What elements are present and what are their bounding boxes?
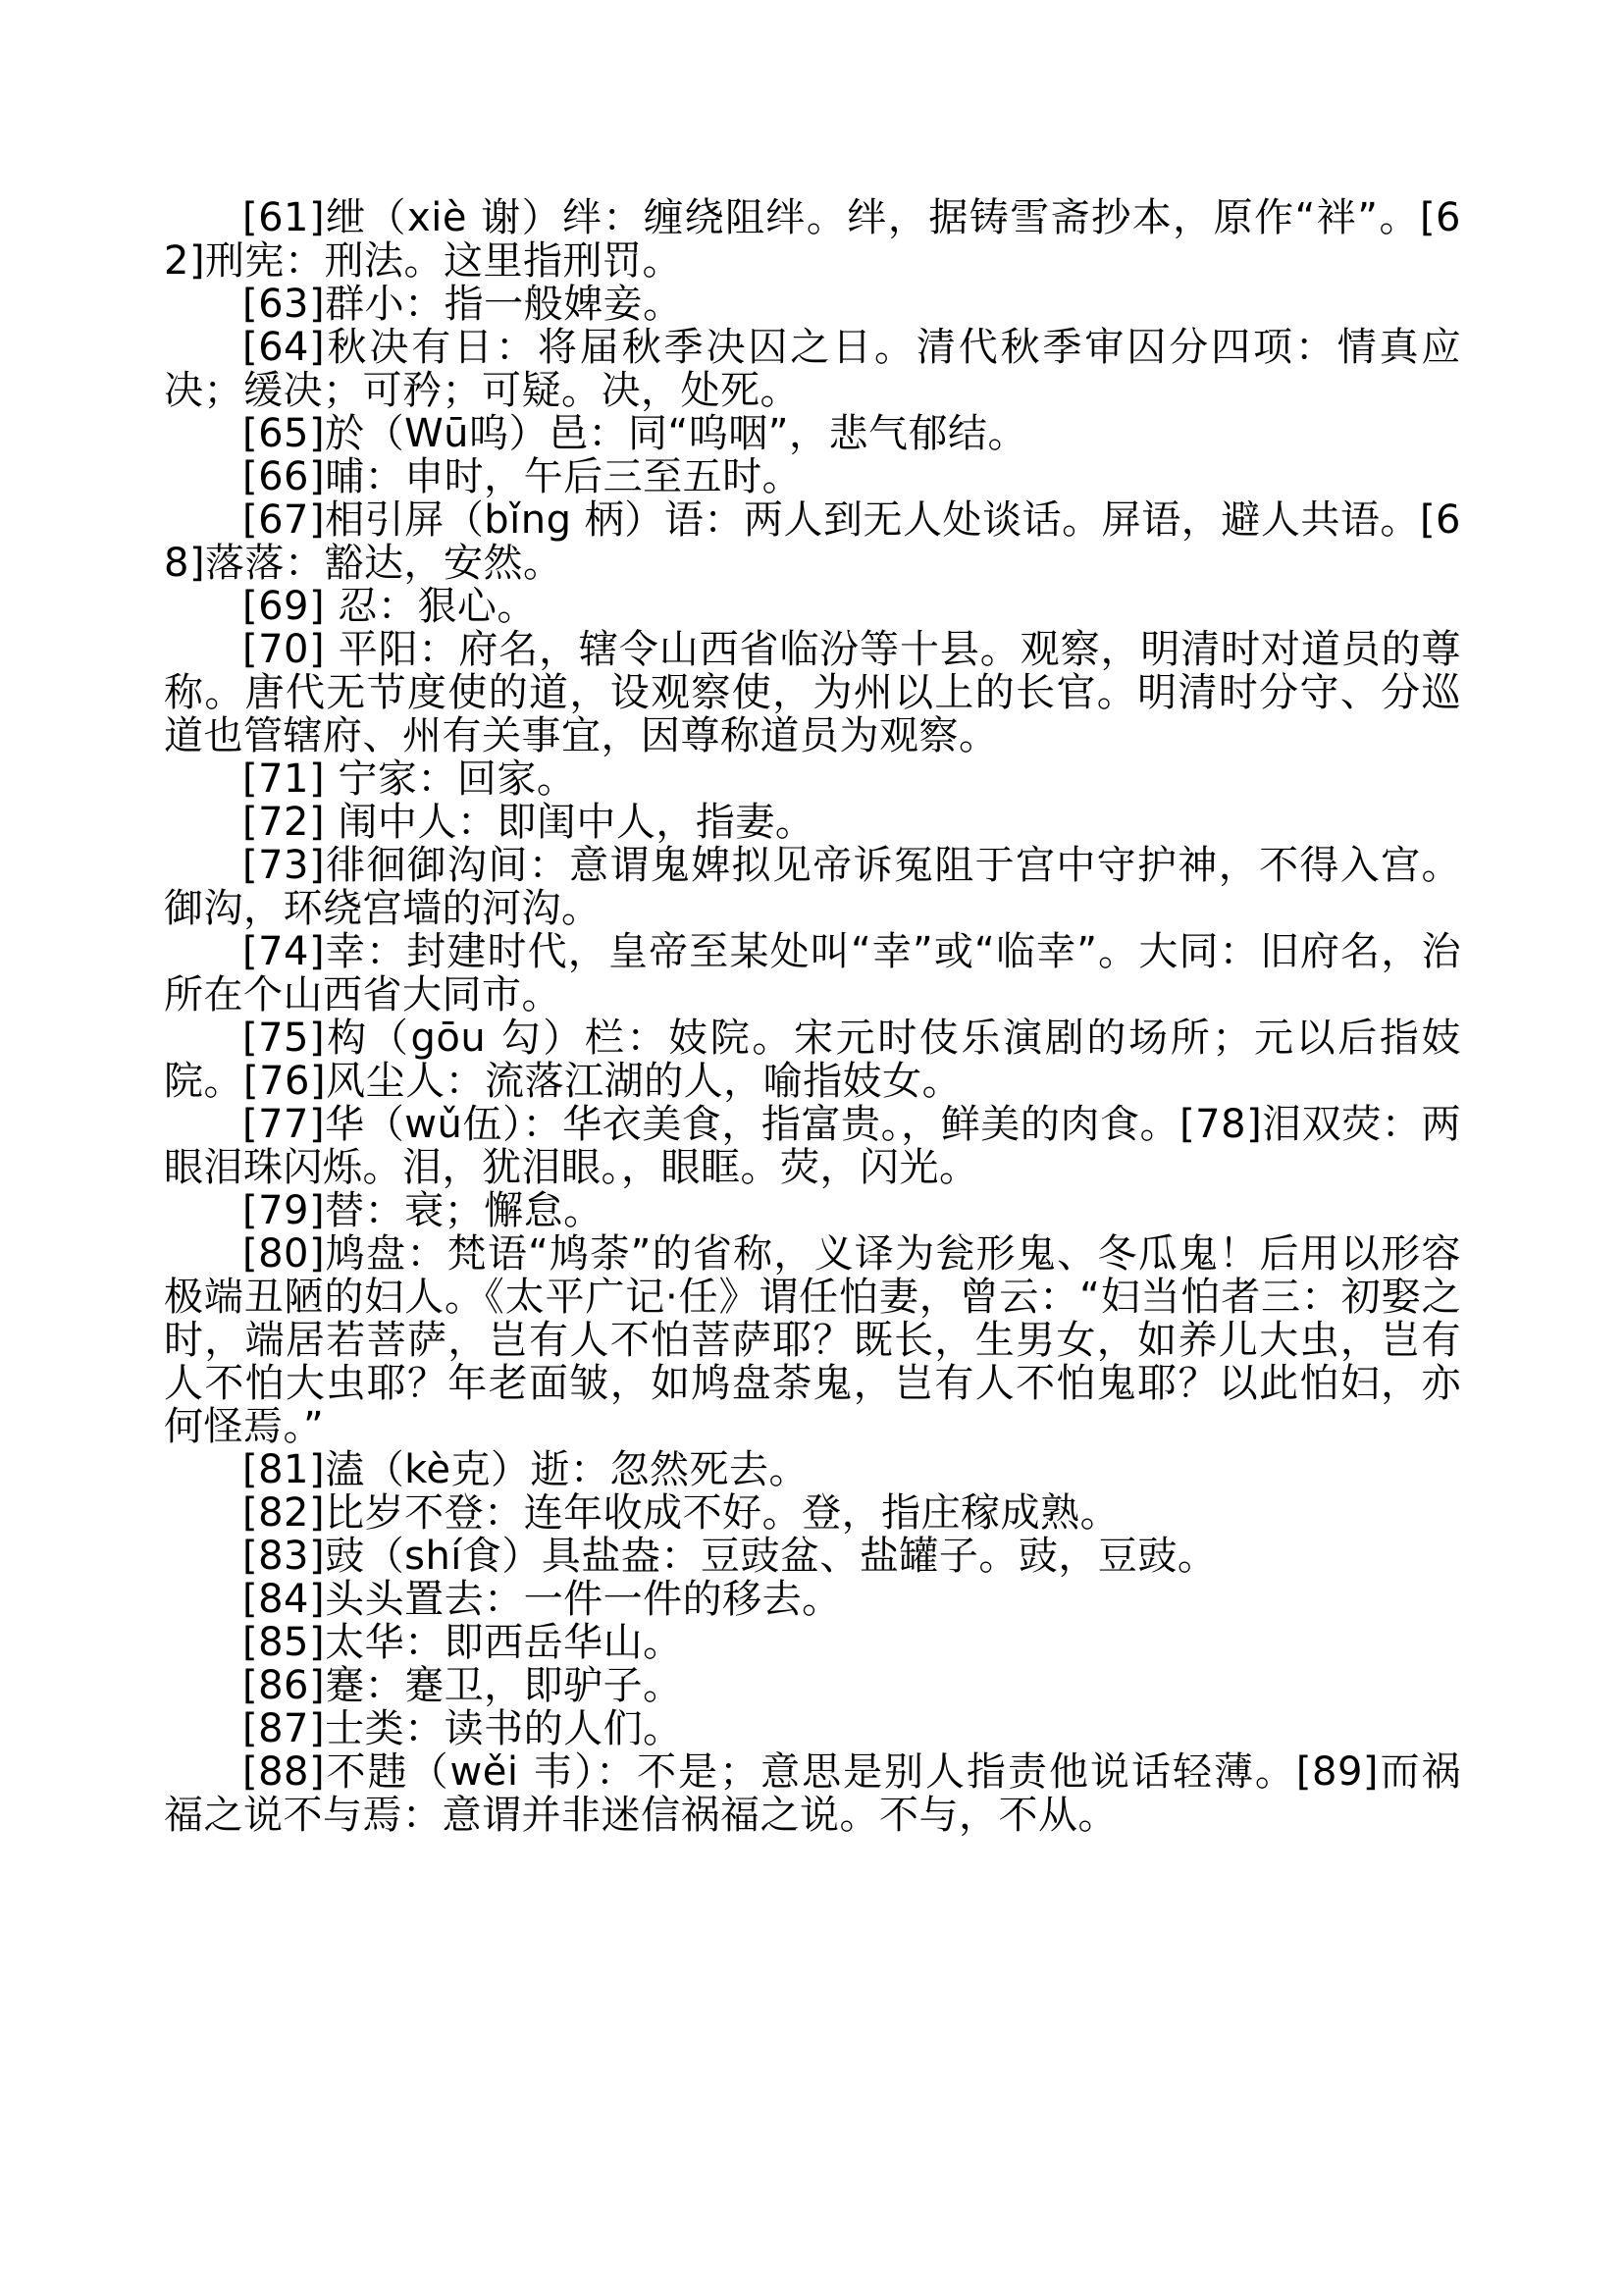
annotation-paragraph: [87]士类：读书的人们。 xyxy=(164,1707,1461,1750)
annotation-paragraph: [64]秋决有日：将届秋季决囚之日。清代秋季审囚分四项：情真应决；缓决；可矜；可… xyxy=(164,326,1461,412)
annotation-paragraph: [75]构（gōu 勾）栏：妓院。宋元时伎乐演剧的场所；元以后指妓院。[76]风… xyxy=(164,1017,1461,1103)
annotation-paragraph: [77]华（wǔ伍）：华衣美食，指富贵。，鲜美的肉食。[78]泪双荧：两眼泪珠闪… xyxy=(164,1103,1461,1189)
annotation-paragraph: [70] 平阳：府名，辖令山西省临汾等十县。观察，明清时对道员的尊称。唐代无节度… xyxy=(164,628,1461,757)
annotation-paragraph: [84]头头置去：一件一件的移去。 xyxy=(164,1578,1461,1621)
annotation-paragraph: [61]绁（xiè 谢）绊：缠绕阻绊。绊，据铸雪斋抄本，原作“袢”。[62]刑宪… xyxy=(164,196,1461,283)
annotation-paragraph: [73]徘徊御沟间：意谓鬼婢拟见帝诉冤阻于宫中守护神，不得入宫。御沟，环绕宫墙的… xyxy=(164,844,1461,930)
annotation-paragraph: [83]豉（shí食）具盐盎：豆豉盆、盐罐子。豉，豆豉。 xyxy=(164,1535,1461,1578)
annotation-paragraph: [88]不韪（wěi 韦）：不是；意思是别人指责他说话轻薄。[89]而祸福之说不… xyxy=(164,1750,1461,1837)
annotation-paragraph: [79]替：衰；懈怠。 xyxy=(164,1189,1461,1232)
annotation-paragraph: [82]比岁不登：连年收成不好。登，指庄稼成熟。 xyxy=(164,1491,1461,1535)
annotation-paragraph: [86]蹇：蹇卫，即驴子。 xyxy=(164,1664,1461,1707)
annotation-paragraph: [69] 忍：狠心。 xyxy=(164,585,1461,628)
annotation-paragraph: [74]幸：封建时代，皇帝至某处叫“幸”或“临幸”。大同：旧府名，治所在个山西省… xyxy=(164,930,1461,1017)
annotations-text-block: [61]绁（xiè 谢）绊：缠绕阻绊。绊，据铸雪斋抄本，原作“袢”。[62]刑宪… xyxy=(164,196,1461,1837)
annotation-paragraph: [71] 宁家：回家。 xyxy=(164,757,1461,801)
document-page: [61]绁（xiè 谢）绊：缠绕阻绊。绊，据铸雪斋抄本，原作“袢”。[62]刑宪… xyxy=(0,0,1624,2294)
annotation-paragraph: [85]太华：即西岳华山。 xyxy=(164,1621,1461,1664)
annotation-paragraph: [66]晡：申时，午后三至五时。 xyxy=(164,455,1461,498)
annotation-paragraph: [72] 闱中人：即闺中人，指妻。 xyxy=(164,801,1461,844)
annotation-paragraph: [81]溘（kè克）逝：忽然死去。 xyxy=(164,1448,1461,1491)
annotation-paragraph: [67]相引屏（bǐng 柄）语：两人到无人处谈话。屏语，避人共语。[68]落落… xyxy=(164,498,1461,585)
annotation-paragraph: [63]群小：指一般婢妾。 xyxy=(164,283,1461,326)
annotation-paragraph: [65]於（Wū呜）邑：同“呜咽”，悲气郁结。 xyxy=(164,412,1461,455)
annotation-paragraph: [80]鸠盘：梵语“鸠荼”的省称，义译为瓮形鬼、冬瓜鬼！后用以形容极端丑陋的妇人… xyxy=(164,1232,1461,1448)
